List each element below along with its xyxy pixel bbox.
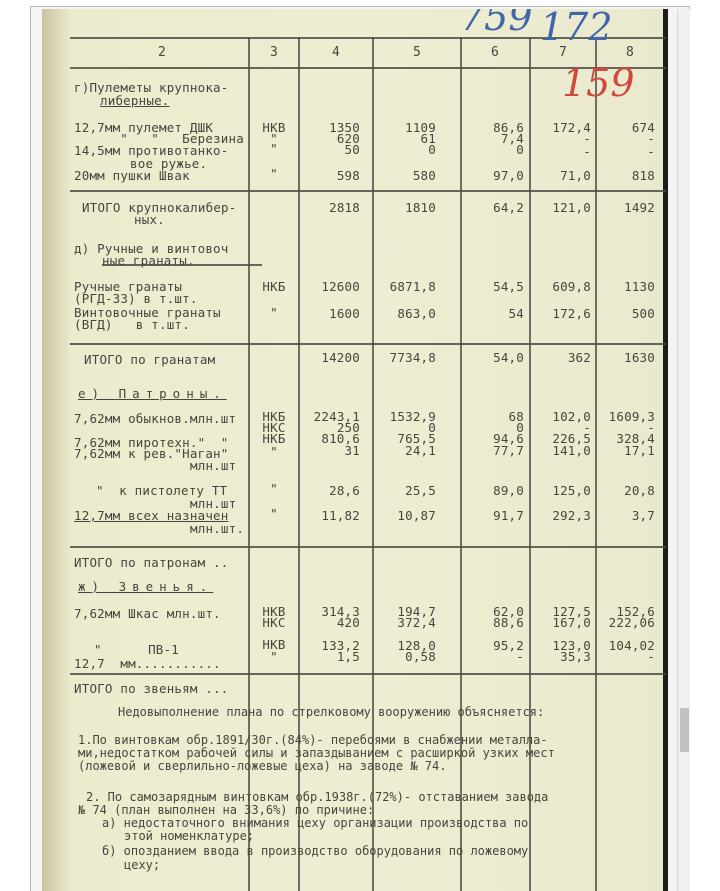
notes-item-b: б) опозданием ввода в производство обору…	[102, 845, 528, 858]
column-header-6: 6	[462, 47, 528, 59]
row-unit: НКС	[250, 617, 298, 629]
column-rule	[595, 37, 597, 891]
column-header-7: 7	[531, 47, 595, 59]
section-title: е) Патроны.	[78, 388, 227, 400]
handwritten-number-blue-2: 172	[540, 9, 613, 49]
cell-value: 1600	[300, 308, 360, 320]
cell-value: 88,6	[462, 617, 524, 629]
cell-value: 0,58	[374, 651, 436, 663]
cell-value: 372,4	[374, 617, 436, 629]
section-title: ные гранаты.	[102, 255, 195, 267]
row-label: 7,62мм обыкнов.млн.шт	[74, 413, 236, 425]
cell-value: 167,0	[531, 617, 591, 629]
cell-value: 89,0	[462, 485, 524, 497]
cell-value: 172,6	[531, 308, 591, 320]
cell-value: 3,7	[597, 510, 655, 522]
cell-value: 1,5	[300, 651, 360, 663]
total-value: 7734,8	[374, 352, 436, 364]
column-header-4: 4	[300, 47, 372, 59]
cell-value: 580	[374, 170, 436, 182]
cell-value: 77,7	[462, 445, 524, 457]
row-label: " ПВ-1	[94, 644, 179, 656]
table-rule	[70, 190, 666, 192]
cell-value: 24,1	[374, 445, 436, 457]
row-label: (ВГД) в т.шт.	[74, 319, 190, 331]
page-edge	[663, 9, 668, 891]
cell-value: 25,5	[374, 485, 436, 497]
row-label: млн.шт	[190, 460, 236, 472]
row-label: (РГД-33) в т.шт.	[74, 293, 198, 305]
column-header-3: 3	[250, 47, 298, 59]
row-unit: "	[250, 446, 298, 458]
cell-value: 54	[462, 308, 524, 320]
cell-value: 0	[374, 144, 436, 156]
total-label: ИТОГО по звеньям ...	[74, 683, 229, 695]
cell-value: 818	[597, 170, 655, 182]
cell-value: 141,0	[531, 445, 591, 457]
cell-value: 0	[462, 144, 524, 156]
total-value: 1810	[374, 202, 436, 214]
cell-value: 500	[597, 308, 655, 320]
table-rule	[70, 343, 666, 345]
cell-value: 54,5	[462, 281, 524, 293]
column-rule	[460, 37, 462, 891]
row-unit: "	[250, 307, 298, 319]
row-unit: "	[250, 508, 298, 520]
handwritten-page-number-red: 159	[562, 61, 635, 105]
cell-value: 11,82	[300, 510, 360, 522]
row-label: 7,62мм Шкас млн.шт.	[74, 608, 221, 620]
column-rule	[529, 37, 531, 891]
cell-value: -	[462, 651, 524, 663]
cell-value: 222,06	[597, 617, 655, 629]
cell-value: 125,0	[531, 485, 591, 497]
total-label: ных.	[134, 214, 165, 226]
column-header-2: 2	[82, 47, 242, 59]
cell-value: 91,7	[462, 510, 524, 522]
total-label: ИТОГО по патронам ..	[74, 557, 229, 569]
row-unit: "	[250, 143, 298, 155]
cell-value: 35,3	[531, 651, 591, 663]
notes-paragraph-1: (ложевой и сверлильно-ложевые цеха) на з…	[78, 760, 446, 773]
scrollbar-thumb[interactable]	[680, 708, 689, 752]
cell-value: 863,0	[374, 308, 436, 320]
total-label: ИТОГО по гранатам	[84, 354, 215, 366]
cell-value: 97,0	[462, 170, 524, 182]
table-rule	[70, 546, 666, 548]
cell-value: -	[597, 651, 655, 663]
cell-value: 10,87	[374, 510, 436, 522]
row-unit: "	[250, 483, 298, 495]
cell-value: -	[531, 133, 591, 145]
section-title: ж) Звенья.	[78, 581, 213, 593]
cell-value: 1130	[597, 281, 655, 293]
row-label: млн.шт.	[190, 523, 244, 535]
scanned-document-page: 759 172 159 2 3 4 5 6 7 8 г)Пулеметы кру…	[42, 9, 668, 891]
notes-heading: Недовыполнение плана по стрелковому воор…	[118, 706, 544, 719]
cell-value: 420	[300, 617, 360, 629]
cell-value: 71,0	[531, 170, 591, 182]
column-header-5: 5	[374, 47, 460, 59]
notes-item-a: этой номенклатуре;	[124, 830, 254, 843]
cell-value: 20,8	[597, 485, 655, 497]
cell-value: 50	[300, 144, 360, 156]
cell-value: -	[531, 146, 591, 158]
total-value: 362	[531, 352, 591, 364]
total-value: 2818	[300, 202, 360, 214]
cell-value: 6871,8	[374, 281, 436, 293]
notes-item-b: цеху;	[124, 859, 160, 872]
row-label: 12,7 мм...........	[74, 658, 221, 670]
cell-value: -	[597, 146, 655, 158]
total-value: 121,0	[531, 202, 591, 214]
cell-value: 17,1	[597, 445, 655, 457]
cell-value: 12600	[300, 281, 360, 293]
row-unit: НКБ	[250, 281, 298, 293]
total-value: 1630	[597, 352, 655, 364]
total-value: 54,0	[462, 352, 524, 364]
cell-value: 28,6	[300, 485, 360, 497]
cell-value: 598	[300, 170, 360, 182]
total-value: 14200	[300, 352, 360, 364]
vertical-scrollbar[interactable]	[677, 9, 690, 891]
total-value: 64,2	[462, 202, 524, 214]
cell-value: 609,8	[531, 281, 591, 293]
cell-value: 31	[300, 445, 360, 457]
column-header-8: 8	[597, 47, 663, 59]
total-value: 1492	[597, 202, 655, 214]
cell-value: 292,3	[531, 510, 591, 522]
row-unit: "	[250, 168, 298, 180]
section-title: либерные.	[100, 95, 170, 107]
table-rule	[70, 673, 666, 675]
handwritten-number-blue: 759	[460, 9, 533, 39]
page-binding-shadow	[42, 9, 70, 891]
row-unit: "	[250, 651, 298, 663]
row-label: 20мм пушки Швак	[74, 170, 190, 182]
